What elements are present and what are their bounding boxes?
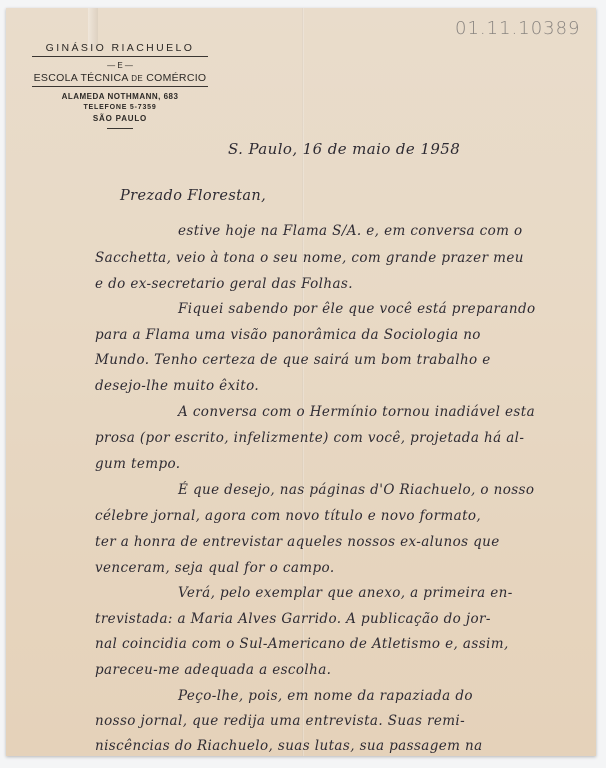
- letter-line: nal coincidia com o Sul-Americano de Atl…: [95, 636, 509, 652]
- letter-line: Mundo. Tenho certeza de que sairá um bom…: [95, 352, 491, 368]
- letter-line: célebre jornal, agora com novo título e …: [95, 508, 481, 524]
- letter-line: nosso jornal, que redija uma entrevista.…: [95, 713, 465, 729]
- letterhead-subtitle: ESCOLA TÉCNICA DE COMÉRCIO: [32, 72, 208, 87]
- letter-line: Peço-lhe, pois, em nome da rapaziada do: [178, 688, 473, 704]
- letter-line: prosa (por escrito, infelizmente) com vo…: [95, 430, 524, 446]
- letterhead-address: ALAMEDA NOTHMANN, 683: [32, 92, 208, 101]
- letter-line: para a Flama uma visão panorâmica da Soc…: [95, 327, 481, 343]
- letter-line: pareceu-me adequada a escolha.: [95, 662, 331, 678]
- letter-line: Sacchetta, veio à tona o seu nome, com g…: [95, 250, 524, 266]
- letter-line: Fiquei sabendo por êle que você está pre…: [178, 301, 536, 317]
- letter-line: niscências do Riachuelo, suas lutas, sua…: [95, 738, 483, 754]
- subtitle-part: COMÉRCIO: [143, 72, 206, 84]
- letter-line: É que desejo, nas páginas d'O Riachuelo,…: [178, 482, 534, 498]
- letter-line: gum tempo.: [95, 456, 180, 472]
- letterhead-title: GINÁSIO RIACHUELO: [32, 42, 208, 57]
- letter-line: venceram, seja qual for o campo.: [95, 560, 335, 576]
- subtitle-small: DE: [131, 74, 143, 83]
- letter-line: Verá, pelo exemplar que anexo, a primeir…: [178, 585, 513, 601]
- letter-line: A conversa com o Hermínio tornou inadiáv…: [178, 404, 535, 420]
- letter-line: e do ex-secretario geral das Folhas.: [95, 276, 353, 292]
- letter-line: desejo-lhe muito êxito.: [95, 378, 259, 394]
- salutation: Prezado Florestan,: [120, 188, 266, 204]
- letterhead: GINÁSIO RIACHUELO — E — ESCOLA TÉCNICA D…: [32, 42, 208, 129]
- archive-number: 01.11.10389: [455, 18, 581, 39]
- letter-line: estive hoje na Flama S/A. e, em conversa…: [178, 223, 523, 239]
- letterhead-city: SÃO PAULO: [32, 114, 208, 123]
- subtitle-part: ESCOLA TÉCNICA: [34, 72, 132, 84]
- letter-line: trevistada: a Maria Alves Garrido. A pub…: [95, 611, 491, 627]
- letterhead-telephone: TELEFONE 5-7359: [32, 104, 208, 111]
- place-date: S. Paulo, 16 de maio de 1958: [228, 140, 460, 158]
- letter-line: ter a honra de entrevistar aqueles nosso…: [95, 534, 500, 550]
- letterhead-rule: [107, 128, 133, 129]
- letterhead-conjunction: — E —: [32, 61, 208, 70]
